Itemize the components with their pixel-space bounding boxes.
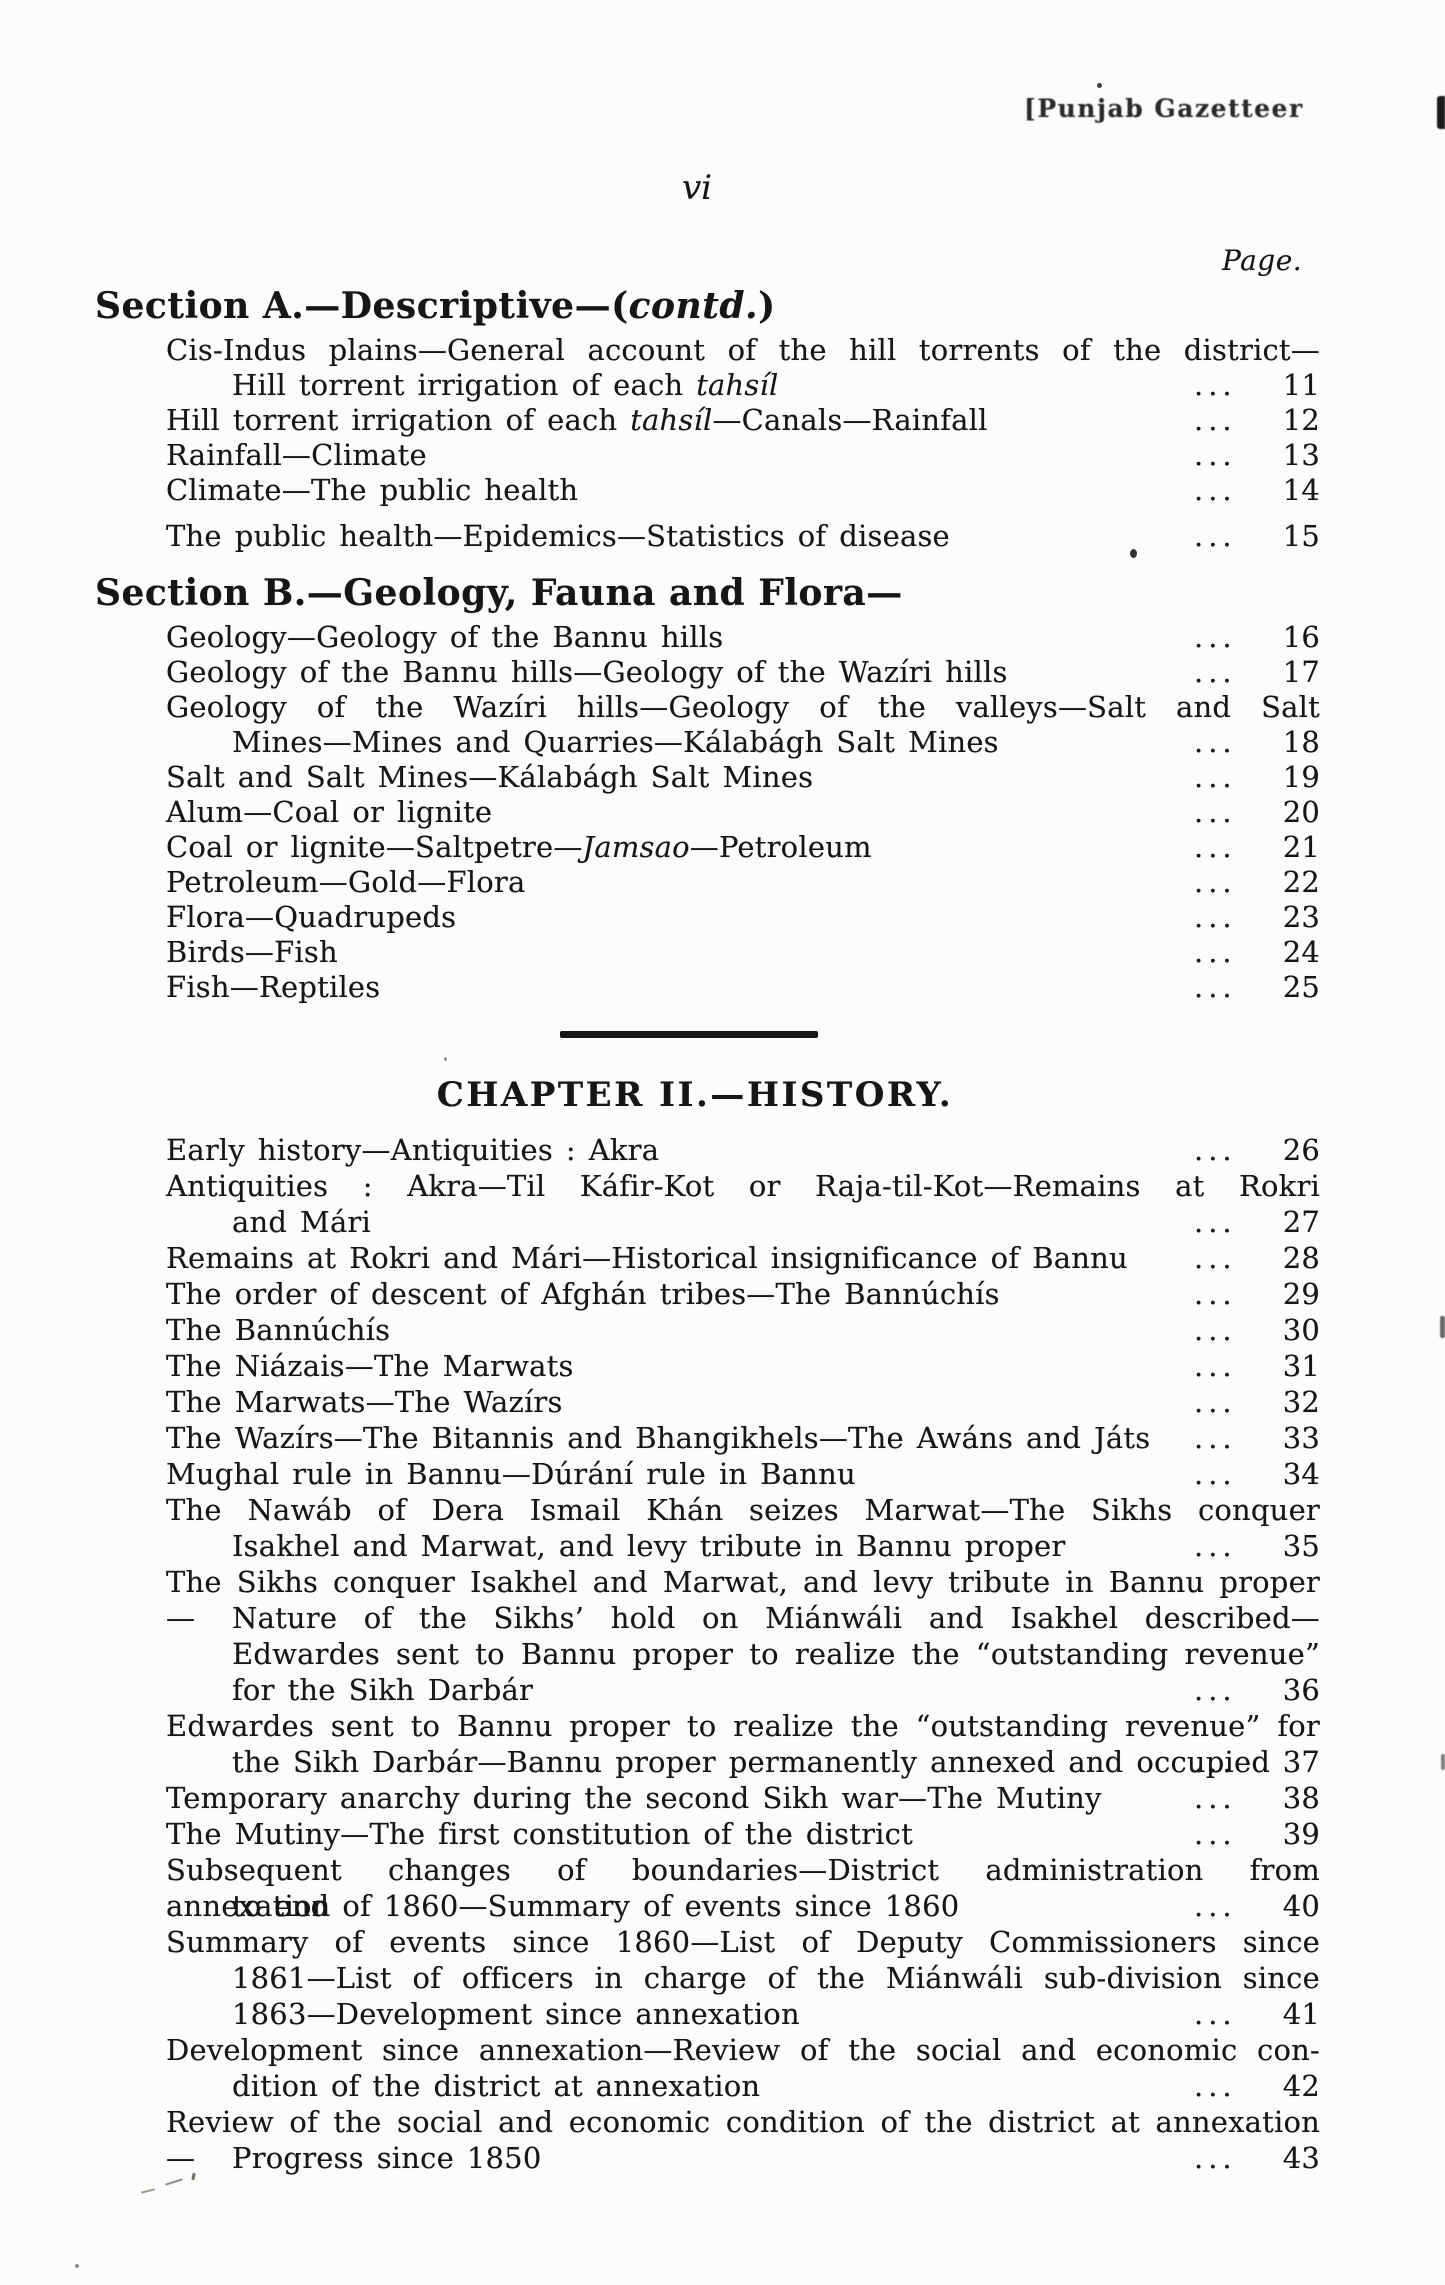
- page-number: 41: [1264, 1996, 1320, 2032]
- toc-entry: Hill torrent irrigation of each tahsíl: [232, 368, 1188, 403]
- entry-text: dition of the district at annexation: [232, 2069, 760, 2103]
- dot-leader: ...: [1188, 368, 1264, 403]
- dot-leader: ...: [1188, 830, 1264, 865]
- page-number: 22: [1264, 865, 1320, 900]
- entry-text: The public health—Epidemics—Statistics o…: [166, 519, 950, 553]
- toc-line: Climate—The public health...14: [0, 473, 1445, 508]
- running-header: [Punjab Gazetteer: [1024, 94, 1304, 123]
- page-number: 24: [1264, 935, 1320, 970]
- page-number: 35: [1264, 1528, 1320, 1564]
- toc-line: Review of the social and economic condit…: [0, 2104, 1445, 2140]
- scan-artifact: [165, 2178, 183, 2185]
- toc-line: Flora—Quadrupeds...23: [0, 900, 1445, 935]
- toc-line: The public health—Epidemics—Statistics o…: [0, 519, 1445, 554]
- entry-text: Coal or lignite—Saltpetre—: [166, 830, 583, 864]
- entry-text: Isakhel and Marwat, and levy tribute in …: [232, 1529, 1065, 1563]
- page-number: 14: [1264, 473, 1320, 508]
- entry-text: The Nawáb of Dera Ismail Khán seizes Mar…: [166, 1493, 1320, 1527]
- dot-leader: ...: [1188, 1888, 1264, 1924]
- entry-text: Early history—Antiquities : Akra: [166, 1133, 659, 1167]
- toc-entry: 1863—Development since annexation: [232, 1996, 1188, 2032]
- toc-entry: The Bannúchís: [166, 1312, 1188, 1348]
- toc-entry: Temporary anarchy during the second Sikh…: [166, 1780, 1188, 1816]
- dot-leader: ...: [1188, 438, 1264, 473]
- dot-leader: ...: [1188, 1420, 1264, 1456]
- dot-leader: ...: [1188, 1348, 1264, 1384]
- scan-artifact: [1130, 549, 1137, 558]
- entry-text: Petroleum—Gold—Flora: [166, 865, 525, 899]
- dot-leader: ...: [1188, 1528, 1264, 1564]
- toc-entry: Progress since 1850: [232, 2140, 1188, 2176]
- entry-text-italic: tahsíl: [630, 403, 712, 437]
- entry-text: 1863—Development since annexation: [232, 1997, 800, 2031]
- dot-leader: ...: [1188, 1204, 1264, 1240]
- toc-entry: Remains at Rokri and Mári—Historical ins…: [166, 1240, 1188, 1276]
- entry-text: the Sikh Darbár—Bannu proper permanently…: [232, 1745, 1270, 1779]
- page-number: 16: [1264, 620, 1320, 655]
- dot-leader: ...: [1188, 1996, 1264, 2032]
- entry-text-italic: tahsíl: [696, 368, 778, 402]
- page-number: 13: [1264, 438, 1320, 473]
- toc-line: Antiquities : Akra—Til Káfir-Kot or Raja…: [0, 1168, 1445, 1204]
- toc-section-chapter-2: CHAPTER II.—HISTORY.Early history—Antiqu…: [0, 1072, 1445, 2176]
- toc-entry: Rainfall—Climate: [166, 438, 1188, 473]
- toc-entry: The public health—Epidemics—Statistics o…: [166, 519, 1188, 554]
- entry-text: Flora—Quadrupeds: [166, 900, 456, 934]
- toc-line: The Marwats—The Wazírs...32: [0, 1384, 1445, 1420]
- scan-artifact: [141, 2188, 155, 2193]
- page-number: 33: [1264, 1420, 1320, 1456]
- entry-text: The Wazírs—The Bitannis and Bhangikhels—…: [166, 1421, 1150, 1455]
- entry-text: Birds—Fish: [166, 935, 338, 969]
- entry-text: The Marwats—The Wazírs: [166, 1385, 563, 1419]
- toc-entry: Coal or lignite—Saltpetre—Jamsao—Petrole…: [166, 830, 1188, 865]
- dot-leader: ...: [1188, 865, 1264, 900]
- toc-entry: and Mári: [232, 1204, 1188, 1240]
- page-number: 21: [1264, 830, 1320, 865]
- toc-line: Salt and Salt Mines—Kálabágh Salt Mines.…: [0, 760, 1445, 795]
- toc-entry: the Sikh Darbár—Bannu proper permanently…: [232, 1744, 1188, 1780]
- toc-entry: Nature of the Sikhs’ hold on Miánwáli an…: [232, 1600, 1320, 1636]
- entry-text: Alum—Coal or lignite: [166, 795, 492, 829]
- toc-entry: The Mutiny—The first constitution of the…: [166, 1816, 1188, 1852]
- toc-entry: Climate—The public health: [166, 473, 1188, 508]
- scan-artifact: [1441, 1754, 1445, 1770]
- toc-entry: Hill torrent irrigation of each tahsíl—C…: [166, 403, 1188, 438]
- toc-line: Geology—Geology of the Bannu hills...16: [0, 620, 1445, 655]
- dot-leader: ...: [1188, 620, 1264, 655]
- dot-leader: ...: [1188, 1240, 1264, 1276]
- entry-text: Section A.—Descriptive—(: [95, 285, 629, 327]
- entry-text: Rainfall—Climate: [166, 438, 427, 472]
- toc-line: the Sikh Darbár—Bannu proper permanently…: [0, 1744, 1445, 1780]
- entry-text: Remains at Rokri and Mári—Historical ins…: [166, 1241, 1128, 1275]
- page-number: 15: [1264, 519, 1320, 554]
- toc-line: Edwardes sent to Bannu proper to realize…: [0, 1636, 1445, 1672]
- toc-entry: Edwardes sent to Bannu proper to realize…: [166, 1708, 1320, 1744]
- page-number: 19: [1264, 760, 1320, 795]
- dot-leader: ...: [1188, 760, 1264, 795]
- toc-line: Coal or lignite—Saltpetre—Jamsao—Petrole…: [0, 830, 1445, 865]
- toc-line: Birds—Fish...24: [0, 935, 1445, 970]
- entry-text: for the Sikh Darbár: [232, 1673, 533, 1707]
- dot-leader: ...: [1188, 1456, 1264, 1492]
- toc-line: Rainfall—Climate...13: [0, 438, 1445, 473]
- chapter-heading: CHAPTER II.—HISTORY.: [0, 1072, 1390, 1118]
- entry-text: Hill torrent irrigation of each: [166, 403, 630, 437]
- toc-entry: Birds—Fish: [166, 935, 1188, 970]
- entry-text: CHAPTER II.—HISTORY.: [437, 1075, 954, 1115]
- toc-line: Mines—Mines and Quarries—Kálabágh Salt M…: [0, 725, 1445, 760]
- toc-entry: Fish—Reptiles: [166, 970, 1188, 1005]
- toc-entry: Development since annexation—Review of t…: [166, 2032, 1320, 2068]
- entry-text: The Niázais—The Marwats: [166, 1349, 574, 1383]
- toc-entry: for the Sikh Darbár: [232, 1672, 1188, 1708]
- entry-text: Edwardes sent to Bannu proper to realize…: [166, 1709, 1320, 1743]
- entry-text: Geology of the Wazíri hills—Geology of t…: [166, 690, 1320, 724]
- page-number: 27: [1264, 1204, 1320, 1240]
- toc-entry: Geology—Geology of the Bannu hills: [166, 620, 1188, 655]
- toc-line: The Sikhs conquer Isakhel and Marwat, an…: [0, 1564, 1445, 1600]
- entry-text: Geology of the Bannu hills—Geology of th…: [166, 655, 1008, 689]
- toc-entry: to end of 1860—Summary of events since 1…: [232, 1888, 1188, 1924]
- page-number: 34: [1264, 1456, 1320, 1492]
- toc-line: Geology of the Wazíri hills—Geology of t…: [0, 690, 1445, 725]
- dot-leader: ...: [1188, 795, 1264, 830]
- entry-text: Development since annexation—Review of t…: [166, 2033, 1320, 2067]
- page-number: 20: [1264, 795, 1320, 830]
- scan-artifact: [1437, 96, 1445, 129]
- entry-text: Fish—Reptiles: [166, 970, 380, 1004]
- toc-entry: Geology of the Bannu hills—Geology of th…: [166, 655, 1188, 690]
- toc-entry: Mines—Mines and Quarries—Kálabágh Salt M…: [232, 725, 1188, 760]
- toc-line: 1861—List of officers in charge of the M…: [0, 1960, 1445, 1996]
- dot-leader: ...: [1188, 2140, 1264, 2176]
- entry-text: —Petroleum: [690, 830, 872, 864]
- dot-leader: ...: [1188, 935, 1264, 970]
- page-number: 36: [1264, 1672, 1320, 1708]
- toc-line: dition of the district at annexation...4…: [0, 2068, 1445, 2104]
- dot-leader: ...: [1188, 2068, 1264, 2104]
- entry-text-italic: contd.: [629, 285, 758, 327]
- toc-line: 1863—Development since annexation...41: [0, 1996, 1445, 2032]
- toc-entry: Summary of events since 1860—List of Dep…: [166, 1924, 1320, 1960]
- entry-text: Progress since 1850: [232, 2141, 541, 2175]
- entry-text: Geology—Geology of the Bannu hills: [166, 620, 723, 654]
- page-number: 12: [1264, 403, 1320, 438]
- section-heading: Section A.—Descriptive—(contd.): [95, 283, 1445, 329]
- dot-leader: ...: [1188, 1312, 1264, 1348]
- page-number: 40: [1264, 1888, 1320, 1924]
- page-number: 17: [1264, 655, 1320, 690]
- toc-line: Isakhel and Marwat, and levy tribute in …: [0, 1528, 1445, 1564]
- page-number: 32: [1264, 1384, 1320, 1420]
- toc-entry: Early history—Antiquities : Akra: [166, 1132, 1188, 1168]
- toc-line: Alum—Coal or lignite...20: [0, 795, 1445, 830]
- entry-text: Cis-Indus plains—General account of the …: [166, 333, 1320, 367]
- toc-line: Cis-Indus plains—General account of the …: [0, 333, 1445, 368]
- page-number: 30: [1264, 1312, 1320, 1348]
- dot-leader: ...: [1188, 1132, 1264, 1168]
- entry-text: to end of 1860—Summary of events since 1…: [232, 1889, 959, 1923]
- toc-line: The order of descent of Afghán tribes—Th…: [0, 1276, 1445, 1312]
- toc-line: for the Sikh Darbár...36: [0, 1672, 1445, 1708]
- dot-leader: ...: [1188, 1780, 1264, 1816]
- toc-line: Subsequent changes of boundaries—Distric…: [0, 1852, 1445, 1888]
- page-number: 43: [1264, 2140, 1320, 2176]
- toc-entry: Edwardes sent to Bannu proper to realize…: [232, 1636, 1320, 1672]
- dot-leader: ...: [1188, 403, 1264, 438]
- page-number: 37: [1264, 1744, 1320, 1780]
- dot-leader: ...: [1188, 1744, 1264, 1780]
- toc-line: The Wazírs—The Bitannis and Bhangikhels—…: [0, 1420, 1445, 1456]
- entry-text: ): [758, 285, 776, 327]
- dot-leader: ...: [1188, 473, 1264, 508]
- toc-line: Edwardes sent to Bannu proper to realize…: [0, 1708, 1445, 1744]
- entry-text: and Mári: [232, 1205, 371, 1239]
- entry-text: The order of descent of Afghán tribes—Th…: [166, 1277, 1000, 1311]
- page-number: 31: [1264, 1348, 1320, 1384]
- scan-artifact: [444, 1057, 447, 1061]
- page-number: 11: [1264, 368, 1320, 403]
- toc-line: Early history—Antiquities : Akra...26: [0, 1132, 1445, 1168]
- scan-artifact: [75, 2264, 79, 2268]
- dot-leader: ...: [1188, 1276, 1264, 1312]
- toc-entry: Alum—Coal or lignite: [166, 795, 1188, 830]
- entry-text: Edwardes sent to Bannu proper to realize…: [232, 1637, 1320, 1671]
- toc-entry: Antiquities : Akra—Til Káfir-Kot or Raja…: [166, 1168, 1320, 1204]
- page-number: 28: [1264, 1240, 1320, 1276]
- toc-line: Remains at Rokri and Mári—Historical ins…: [0, 1240, 1445, 1276]
- toc-entry: Mughal rule in Bannu—Dúrání rule in Bann…: [166, 1456, 1188, 1492]
- toc: Section A.—Descriptive—(contd.)Cis-Indus…: [0, 283, 1445, 2176]
- entry-text: Hill torrent irrigation of each: [232, 368, 696, 402]
- page-number: 18: [1264, 725, 1320, 760]
- entry-text: Summary of events since 1860—List of Dep…: [166, 1925, 1320, 1959]
- dot-leader: ...: [1188, 1672, 1264, 1708]
- entry-text-italic: Jamsao: [583, 830, 690, 864]
- toc-entry: Flora—Quadrupeds: [166, 900, 1188, 935]
- toc-entry: The Wazírs—The Bitannis and Bhangikhels—…: [166, 1420, 1188, 1456]
- scan-artifact: [1440, 1316, 1445, 1338]
- dot-leader: ...: [1188, 900, 1264, 935]
- scanned-page: [Punjab Gazetteer vi Page. Section A.—De…: [0, 0, 1445, 2285]
- dot-leader: ...: [1188, 655, 1264, 690]
- entry-text: Antiquities : Akra—Til Káfir-Kot or Raja…: [166, 1169, 1320, 1203]
- toc-line: Geology of the Bannu hills—Geology of th…: [0, 655, 1445, 690]
- page-number: 23: [1264, 900, 1320, 935]
- page-number: 39: [1264, 1816, 1320, 1852]
- dot-leader: ...: [1188, 1816, 1264, 1852]
- toc-entry: The order of descent of Afghán tribes—Th…: [166, 1276, 1188, 1312]
- entry-text: 1861—List of officers in charge of the M…: [232, 1961, 1320, 1995]
- folio-number: vi: [645, 168, 749, 208]
- section-divider: [560, 1031, 818, 1038]
- toc-entry: The Nawáb of Dera Ismail Khán seizes Mar…: [166, 1492, 1320, 1528]
- entry-text: Climate—The public health: [166, 473, 578, 507]
- section-heading: Section B.—Geology, Fauna and Flora—: [95, 570, 1445, 616]
- entry-text: The Mutiny—The first constitution of the…: [166, 1817, 913, 1851]
- toc-entry: 1861—List of officers in charge of the M…: [232, 1960, 1320, 1996]
- page-number: 42: [1264, 2068, 1320, 2104]
- entry-text: Salt and Salt Mines—Kálabágh Salt Mines: [166, 760, 813, 794]
- entry-text: Mughal rule in Bannu—Dúrání rule in Bann…: [166, 1457, 856, 1491]
- toc-entry: The Marwats—The Wazírs: [166, 1384, 1188, 1420]
- toc-line: The Nawáb of Dera Ismail Khán seizes Mar…: [0, 1492, 1445, 1528]
- entry-text: Temporary anarchy during the second Sikh…: [166, 1781, 1102, 1815]
- toc-entry: dition of the district at annexation: [232, 2068, 1188, 2104]
- dot-leader: ...: [1188, 519, 1264, 554]
- page-number: 26: [1264, 1132, 1320, 1168]
- toc-entry: Geology of the Wazíri hills—Geology of t…: [166, 690, 1320, 725]
- toc-line: Summary of events since 1860—List of Dep…: [0, 1924, 1445, 1960]
- toc-line: Temporary anarchy during the second Sikh…: [0, 1780, 1445, 1816]
- dot-leader: ...: [1188, 1384, 1264, 1420]
- scan-artifact: [1097, 83, 1102, 88]
- entry-text: Mines—Mines and Quarries—Kálabágh Salt M…: [232, 725, 999, 759]
- toc-line: Petroleum—Gold—Flora...22: [0, 865, 1445, 900]
- page-number: 29: [1264, 1276, 1320, 1312]
- toc-line: Mughal rule in Bannu—Dúrání rule in Bann…: [0, 1456, 1445, 1492]
- scan-artifact: [191, 2173, 195, 2180]
- toc-entry: Cis-Indus plains—General account of the …: [166, 333, 1320, 368]
- toc-section-section-b: Section B.—Geology, Fauna and Flora—Geol…: [0, 570, 1445, 1005]
- entry-text: Nature of the Sikhs’ hold on Miánwáli an…: [232, 1601, 1320, 1635]
- toc-line: Hill torrent irrigation of each tahsíl..…: [0, 368, 1445, 403]
- entry-text: The Bannúchís: [166, 1313, 390, 1347]
- toc-line: and Mári...27: [0, 1204, 1445, 1240]
- toc-line: The Mutiny—The first constitution of the…: [0, 1816, 1445, 1852]
- toc-entry: Salt and Salt Mines—Kálabágh Salt Mines: [166, 760, 1188, 795]
- toc-line: The Bannúchís...30: [0, 1312, 1445, 1348]
- toc-line: Hill torrent irrigation of each tahsíl—C…: [0, 403, 1445, 438]
- toc-entry: Petroleum—Gold—Flora: [166, 865, 1188, 900]
- page-number: 38: [1264, 1780, 1320, 1816]
- dot-leader: ...: [1188, 970, 1264, 1005]
- toc-line: Fish—Reptiles...25: [0, 970, 1445, 1005]
- page-number: 25: [1264, 970, 1320, 1005]
- entry-text: Section B.—Geology, Fauna and Flora—: [95, 572, 903, 614]
- toc-entry: The Niázais—The Marwats: [166, 1348, 1188, 1384]
- toc-line: The Niázais—The Marwats...31: [0, 1348, 1445, 1384]
- toc-entry: Isakhel and Marwat, and levy tribute in …: [232, 1528, 1188, 1564]
- page-column-label: Page.: [1222, 244, 1302, 277]
- entry-text: —Canals—Rainfall: [712, 403, 987, 437]
- toc-section-section-a: Section A.—Descriptive—(contd.)Cis-Indus…: [0, 283, 1445, 554]
- dot-leader: ...: [1188, 725, 1264, 760]
- toc-line: Development since annexation—Review of t…: [0, 2032, 1445, 2068]
